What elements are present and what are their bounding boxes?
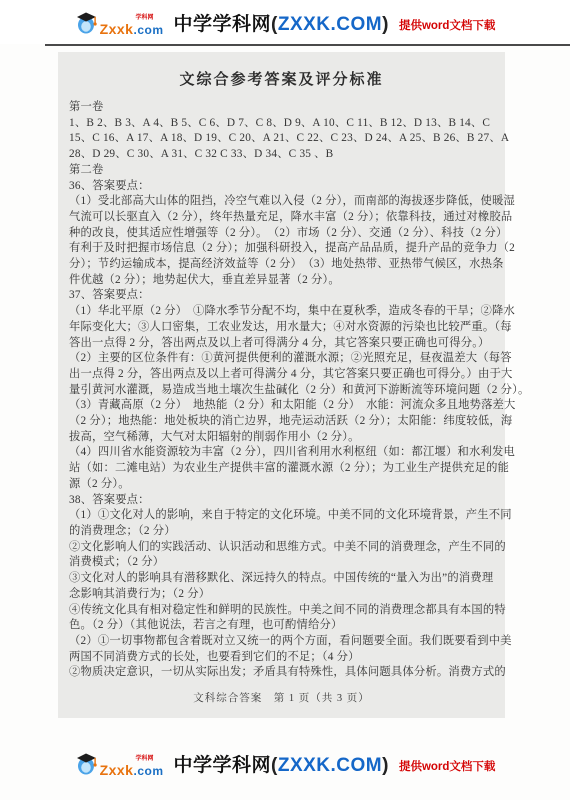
answer-line: 有利于及时把握市场信息（2 分）；加强科研投入，提高产品品质，提升产品的竞争力（… — [69, 241, 498, 257]
logo-wordmark: Zxxk — [100, 21, 134, 37]
answer-line: 气流可以长驱直入（2 分），终年热量充足，降水丰富（2 分）；依靠科技，通过对橡… — [69, 210, 498, 226]
answer-line: ④传统文化具有相对稳定性和鲜明的民族性。中美之间不同的消费理念都具有本国的特 — [69, 603, 498, 619]
answer-line: 站（如：二滩电站）为农业生产提供丰富的灌溉水源（2 分）；为工业生产提供充足的能 — [69, 461, 498, 477]
word-download-link[interactable]: 提供word文档下载 — [399, 17, 495, 33]
answer-line: （3）青藏高原（2 分） 地热能（2 分）和太阳能（2 分） 水能：河流众多且地… — [69, 398, 498, 414]
site-title-bottom[interactable]: 中学学科网(ZXXK.COM) — [174, 750, 389, 777]
answer-line: 源（2 分）。 — [69, 477, 498, 493]
site-domain: ZXXK.COM — [278, 755, 382, 776]
paren-open: ( — [271, 14, 278, 35]
answer-line: 件优越（2 分）；地势起伏大，垂直差异显著（2 分）。 — [69, 273, 498, 289]
answer-line: （1）①文化对人的影响，来自于特定的文化环境。中美不同的文化环境背景，产生不同 — [69, 508, 498, 524]
mascot-icon — [75, 9, 99, 36]
answer-line: 念影响其消费行为；（2 分） — [69, 587, 498, 603]
answer-line: （2）①一切事物都包含着既对立又统一的两个方面，看问题要全面。我们既要看到中美 — [69, 634, 498, 650]
answer-line: 37、答案要点： — [69, 288, 498, 304]
answer-line: ③文化对人的影响具有潜移默化、深远持久的特点。中国传统的“量入为出”的消费理 — [69, 571, 498, 587]
answer-line: 年际变化大；③人口密集，工农业发达，用水量大；④对水资源的污染也比较严重。（每 — [69, 320, 498, 336]
logo-tagline: 学科网 — [135, 15, 153, 21]
site-title[interactable]: 中学学科网(ZXXK.COM) — [174, 9, 389, 36]
site-logo-bottom[interactable]: Zxxk学科网.com — [75, 750, 164, 777]
logo-domain: .com — [133, 23, 163, 37]
answer-line: 消费模式；（2 分） — [69, 555, 498, 571]
answer-line: （2）主要的区位条件有：①黄河提供便利的灌溉水源；②光照充足，昼夜温差大（每答 — [69, 351, 498, 367]
answer-line: 拔高，空气稀薄，大气对太阳辐射的削弱作用小（2 分）。 — [69, 430, 498, 446]
bottom-banner: Zxxk学科网.com 中学学科网(ZXXK.COM) 提供word文档下载 — [0, 741, 570, 785]
answer-line: 答出一点得 2 分，答出两点及以上者可得满分 4 分，其它答案只要正确也可得分。… — [69, 336, 498, 352]
site-domain: ZXXK.COM — [278, 14, 382, 35]
header-divider — [45, 44, 570, 46]
paren-close: ) — [382, 14, 389, 35]
answer-line: 36、答案要点： — [69, 179, 498, 195]
answer-line: 量引黄河水灌溉，易造成当地土壤次生盐碱化（2 分）和黄河下游断流等环境问题（2 … — [69, 383, 498, 399]
answer-line: （1）受北部高大山体的阻挡，冷空气难以入侵（2 分），而南部的海拔逐步降低，使暖… — [69, 194, 498, 210]
answer-line: ②物质决定意识，一切从实际出发；矛盾具有特殊性，具体问题具体分析。消费方式的 — [69, 665, 498, 681]
answer-text-block: 第一卷1、B 2、B 3、A 4、B 5、C 6、D 7、C 8、D 9、A 1… — [69, 100, 498, 681]
answer-line: （4）四川省水能资源较为丰富（2 分），四川省利用水利枢纽（如：都江堰）和水利发… — [69, 445, 498, 461]
answer-line: （2 分）；地热能：地处板块的消亡边界，地壳运动活跃（2 分）；太阳能：纬度较低… — [69, 414, 498, 430]
answer-line: 第一卷 — [69, 100, 498, 116]
answer-line: 两国不同消费方式的长处，也要看到它们的不足；（4 分） — [69, 650, 498, 666]
site-name: 中学学科网 — [174, 755, 272, 776]
answer-line: （1）华北平原（2 分） ①降水季节分配不均，集中在夏秋季，造成冬春的干旱；②降… — [69, 304, 498, 320]
answer-line: 第二卷 — [69, 163, 498, 179]
answer-line: 的消费理念；（2 分） — [69, 524, 498, 540]
logo-tagline: 学科网 — [135, 756, 153, 762]
answer-line: 色。（2 分）（其他说法，若言之有理，也可酌情给分） — [69, 618, 498, 634]
answer-line: 出一点得 2 分，答出两点及以上者可得满分 4 分，其它答案只要正确也可得分。）… — [69, 367, 498, 383]
answer-line: 28、D 29、C 30、A 31、C 32 C 33、D 34、C 35 、B — [69, 147, 498, 163]
paren-open: ( — [271, 755, 278, 776]
answer-line: 1、B 2、B 3、A 4、B 5、C 6、D 7、C 8、D 9、A 10、C… — [69, 116, 498, 132]
word-download-link-bottom[interactable]: 提供word文档下载 — [399, 758, 495, 774]
answer-line: 15、C 16、A 17、A 18、D 19、C 20、A 21、C 22、C … — [69, 131, 498, 147]
page-number-footer: 文科综合答案 第 1 页（共 3 页） — [58, 690, 505, 705]
mascot-icon — [75, 750, 99, 777]
logo-domain: .com — [133, 764, 163, 778]
answer-line: 分）；节约运输成本，提高经济效益等（2 分） （3）地处热带、亚热带气候区，水热… — [69, 257, 498, 273]
answer-line: 38、答案要点： — [69, 493, 498, 509]
paren-close: ) — [382, 755, 389, 776]
site-logo[interactable]: Zxxk学科网.com — [75, 9, 164, 36]
answer-line: ②文化影响人们的实践活动、认识活动和思维方式。中美不同的消费理念，产生不同的 — [69, 540, 498, 556]
site-name: 中学学科网 — [174, 14, 272, 35]
document-title: 文综合参考答案及评分标准 — [58, 70, 505, 90]
answer-line: 种的改良，使其适应性增强等（2 分）。 （2）市场（2 分）、交通（2 分）、科… — [69, 226, 498, 242]
top-banner: Zxxk学科网.com 中学学科网(ZXXK.COM) 提供word文档下载 — [0, 0, 570, 44]
logo-wordmark: Zxxk — [100, 762, 134, 778]
document-page: 文综合参考答案及评分标准 第一卷1、B 2、B 3、A 4、B 5、C 6、D … — [58, 52, 505, 718]
